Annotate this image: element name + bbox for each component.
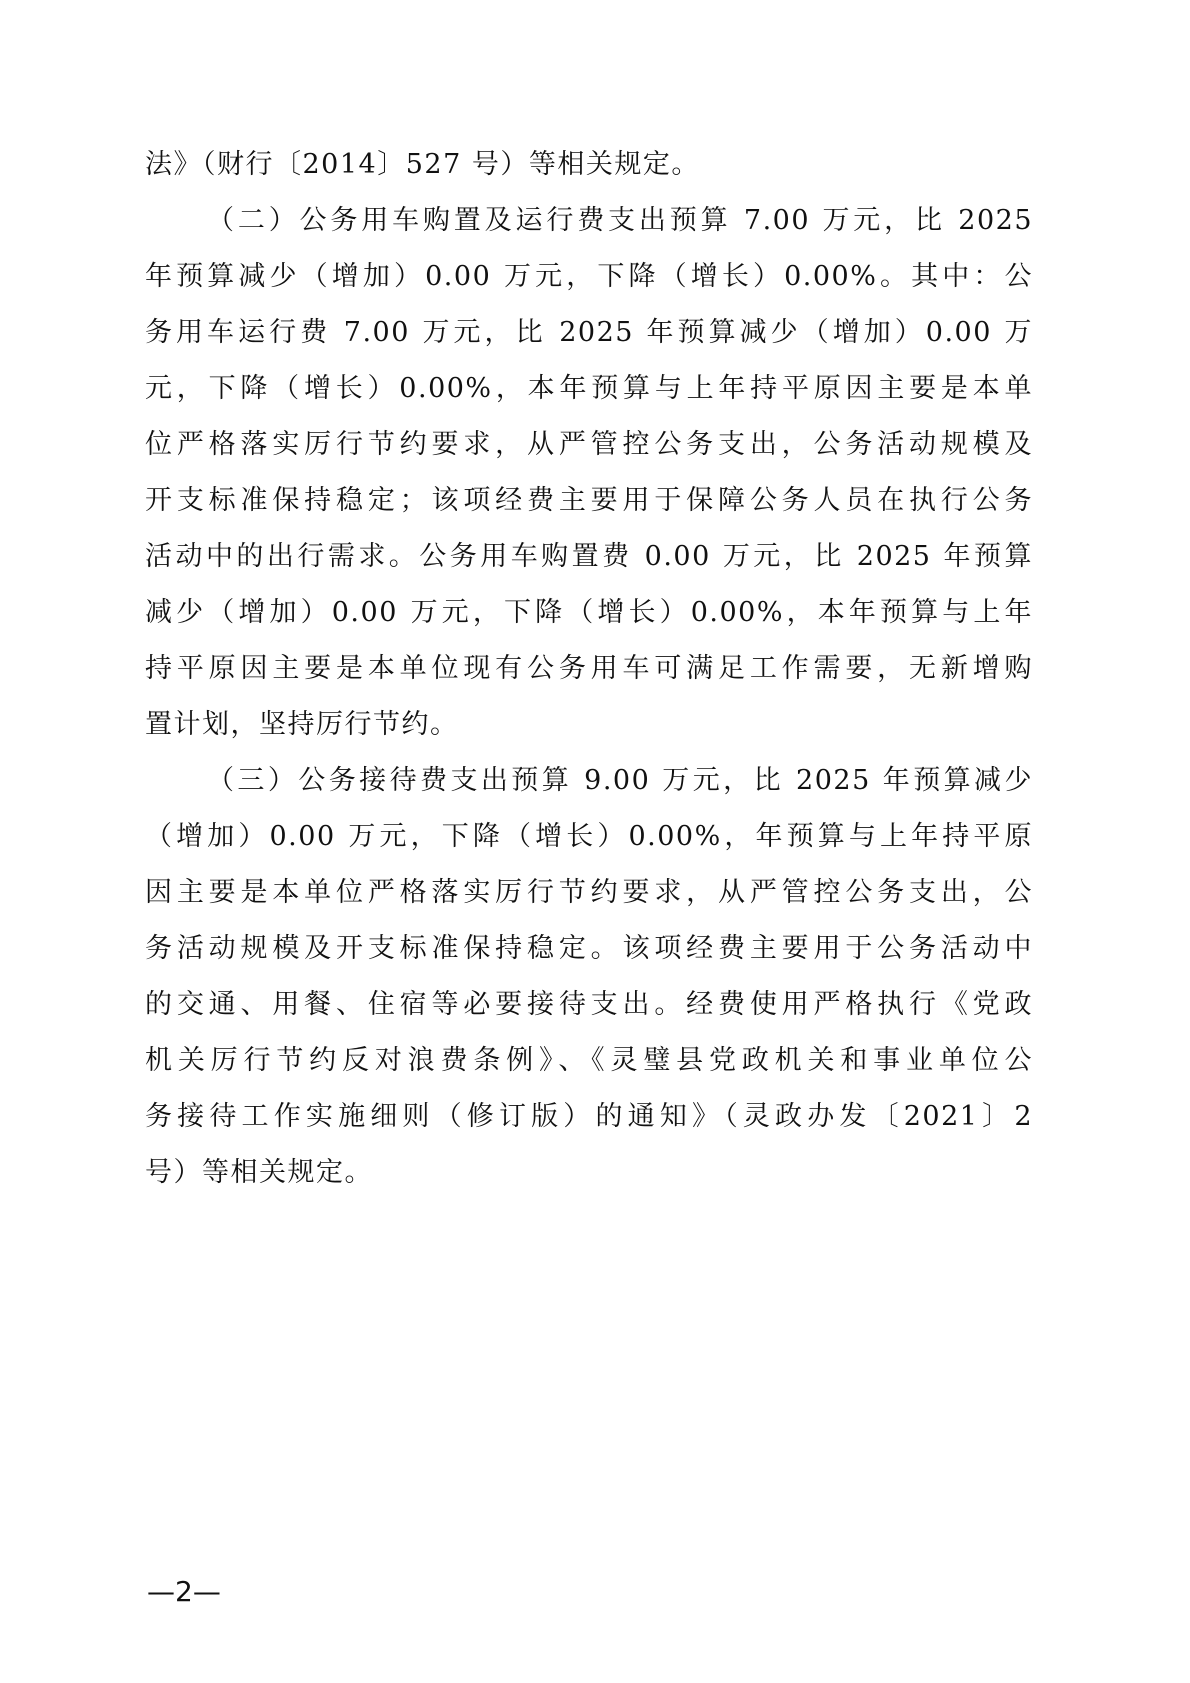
text-line: 务活动规模及开支标准保持稳定。该项经费主要用于公务活动中 [145, 923, 1033, 979]
text-line: 持平原因主要是本单位现有公务用车可满足工作需要，无新增购 [145, 643, 1033, 699]
page-number: —2— [147, 1574, 221, 1610]
text-line: （增加）0.00 万元，下降（增长）0.00%，年预算与上年持平原 [145, 811, 1033, 867]
text-line: 年预算减少（增加）0.00 万元，下降（增长）0.00%。其中：公 [145, 251, 1033, 307]
text-line: 置计划，坚持厉行节约。 [145, 699, 1033, 755]
text-line: （二）公务用车购置及运行费支出预算 7.00 万元，比 2025 [145, 195, 1033, 251]
paragraph-reception-expenses: （三）公务接待费支出预算 9.00 万元，比 2025 年预算减少 （增加）0.… [145, 755, 1033, 1203]
text-line: 元，下降（增长）0.00%，本年预算与上年持平原因主要是本单 [145, 363, 1033, 419]
paragraph-vehicle-expenses: （二）公务用车购置及运行费支出预算 7.00 万元，比 2025 年预算减少（增… [145, 195, 1033, 755]
text-line: 务用车运行费 7.00 万元，比 2025 年预算减少（增加）0.00 万 [145, 307, 1033, 363]
text-line: 法》（财行〔2014〕527 号）等相关规定。 [145, 139, 1033, 195]
document-body: 法》（财行〔2014〕527 号）等相关规定。 （二）公务用车购置及运行费支出预… [145, 139, 1033, 1203]
text-line: 减少（增加）0.00 万元，下降（增长）0.00%，本年预算与上年 [145, 587, 1033, 643]
text-line: 位严格落实厉行节约要求，从严管控公务支出，公务活动规模及 [145, 419, 1033, 475]
text-line: （三）公务接待费支出预算 9.00 万元，比 2025 年预算减少 [145, 755, 1033, 811]
text-line: 开支标准保持稳定；该项经费主要用于保障公务人员在执行公务 [145, 475, 1033, 531]
paragraph-continuation: 法》（财行〔2014〕527 号）等相关规定。 [145, 139, 1033, 195]
text-line: 机关厉行节约反对浪费条例》、《灵璧县党政机关和事业单位公 [145, 1035, 1033, 1091]
document-page: 法》（财行〔2014〕527 号）等相关规定。 （二）公务用车购置及运行费支出预… [0, 0, 1190, 1683]
text-line: 的交通、用餐、住宿等必要接待支出。经费使用严格执行《党政 [145, 979, 1033, 1035]
text-line: 因主要是本单位严格落实厉行节约要求，从严管控公务支出，公 [145, 867, 1033, 923]
text-line: 活动中的出行需求。公务用车购置费 0.00 万元，比 2025 年预算 [145, 531, 1033, 587]
text-line: 号）等相关规定。 [145, 1147, 1033, 1203]
text-line: 务接待工作实施细则（修订版）的通知》（灵政办发〔2021〕2 [145, 1091, 1033, 1147]
